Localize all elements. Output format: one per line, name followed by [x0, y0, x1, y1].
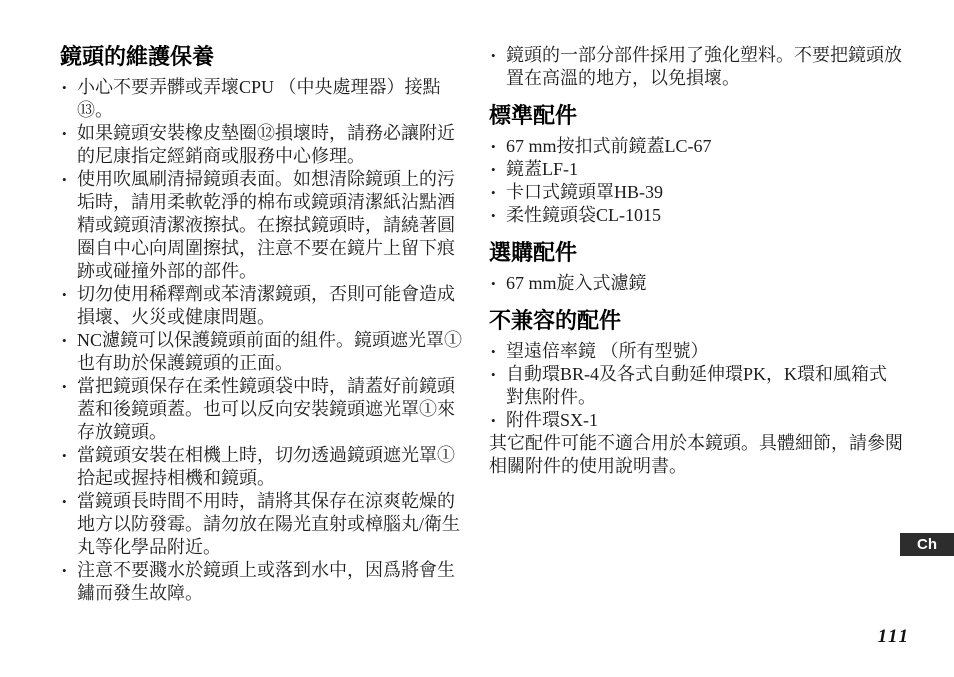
bullet-item: 當把鏡頭保存在柔性鏡頭袋中時，請蓋好前鏡頭蓋和後鏡頭蓋。也可以反向安裝鏡頭遮光罩…: [60, 375, 462, 444]
bullet-text: 如果鏡頭安裝橡皮墊圈⑫損壞時，請務必讓附近的尼康指定經銷商或服務中心修理。: [77, 122, 462, 168]
bullet-item: 鏡蓋LF-1: [489, 158, 903, 181]
heading-optional-accessories: 選購配件: [489, 240, 903, 266]
bullet-item: 如果鏡頭安裝橡皮墊圈⑫損壞時，請務必讓附近的尼康指定經銷商或服務中心修理。: [60, 122, 462, 168]
bullet-text: 當把鏡頭保存在柔性鏡頭袋中時，請蓋好前鏡頭蓋和後鏡頭蓋。也可以反向安裝鏡頭遮光罩…: [77, 375, 462, 444]
bullet-text: 小心不要弄髒或弄壞CPU （中央處理器）接點⑬。: [77, 76, 462, 122]
bullet-text: 注意不要濺水於鏡頭上或落到水中，因爲將會生鏽而發生故障。: [77, 559, 462, 605]
bullet-item: 柔性鏡頭袋CL-1015: [489, 204, 903, 227]
bullet-item: 當鏡頭安裝在相機上時，切勿透過鏡頭遮光罩①拾起或握持相機和鏡頭。: [60, 444, 462, 490]
bullet-item: NC濾鏡可以保護鏡頭前面的組件。鏡頭遮光罩①也有助於保護鏡頭的正面。: [60, 329, 462, 375]
bullet-text: 鏡頭的一部分部件採用了強化塑料。不要把鏡頭放置在高溫的地方，以免損壞。: [506, 44, 903, 90]
bullet-item: 望遠倍率鏡 （所有型號）: [489, 340, 903, 363]
heading-lens-maintenance: 鏡頭的維護保養: [60, 44, 462, 70]
bullet-item: 使用吹風刷清掃鏡頭表面。如想清除鏡頭上的污垢時，請用柔軟乾淨的棉布或鏡頭清潔紙沾…: [60, 168, 462, 283]
manual-page: 鏡頭的維護保養 小心不要弄髒或弄壞CPU （中央處理器）接點⑬。 如果鏡頭安裝橡…: [0, 0, 954, 677]
bullet-text: 望遠倍率鏡 （所有型號）: [506, 340, 709, 363]
right-column: 鏡頭的一部分部件採用了強化塑料。不要把鏡頭放置在高溫的地方，以免損壞。 標準配件…: [489, 44, 903, 478]
bullet-item: 卡口式鏡頭罩HB-39: [489, 181, 903, 204]
bullet-text: NC濾鏡可以保護鏡頭前面的組件。鏡頭遮光罩①也有助於保護鏡頭的正面。: [77, 329, 462, 375]
bullet-item: 67 mm旋入式濾鏡: [489, 272, 903, 295]
bullet-item: 自動環BR-4及各式自動延伸環PK，K環和風箱式對焦附件。: [489, 363, 903, 409]
bullet-item: 當鏡頭長時間不用時，請將其保存在涼爽乾燥的地方以防發霉。請勿放在陽光直射或樟腦丸…: [60, 490, 462, 559]
bullet-item: 小心不要弄髒或弄壞CPU （中央處理器）接點⑬。: [60, 76, 462, 122]
bullet-item: 切勿使用稀釋劑或苯清潔鏡頭，否則可能會造成損壞、火災或健康問題。: [60, 283, 462, 329]
bullet-text: 自動環BR-4及各式自動延伸環PK，K環和風箱式對焦附件。: [506, 363, 903, 409]
incompatible-accessories-note: 其它配件可能不適合用於本鏡頭。具體細節，請參閱相關附件的使用說明書。: [489, 432, 903, 478]
page-number: 111: [878, 626, 910, 648]
left-column: 鏡頭的維護保養 小心不要弄髒或弄壞CPU （中央處理器）接點⑬。 如果鏡頭安裝橡…: [60, 44, 462, 605]
heading-incompatible-accessories: 不兼容的配件: [489, 308, 903, 334]
bullet-text: 柔性鏡頭袋CL-1015: [506, 204, 661, 227]
bullet-item: 67 mm按扣式前鏡蓋LC-67: [489, 135, 903, 158]
heading-standard-accessories: 標準配件: [489, 103, 903, 129]
bullet-item: 附件環SX-1: [489, 409, 903, 432]
bullet-text: 使用吹風刷清掃鏡頭表面。如想清除鏡頭上的污垢時，請用柔軟乾淨的棉布或鏡頭清潔紙沾…: [77, 168, 462, 283]
language-badge: Ch: [900, 533, 954, 556]
bullet-text: 當鏡頭長時間不用時，請將其保存在涼爽乾燥的地方以防發霉。請勿放在陽光直射或樟腦丸…: [77, 490, 462, 559]
bullet-item: 注意不要濺水於鏡頭上或落到水中，因爲將會生鏽而發生故障。: [60, 559, 462, 605]
bullet-item: 鏡頭的一部分部件採用了強化塑料。不要把鏡頭放置在高溫的地方，以免損壞。: [489, 44, 903, 90]
bullet-text: 67 mm按扣式前鏡蓋LC-67: [506, 135, 712, 158]
bullet-text: 卡口式鏡頭罩HB-39: [506, 181, 663, 204]
bullet-text: 切勿使用稀釋劑或苯清潔鏡頭，否則可能會造成損壞、火災或健康問題。: [77, 283, 462, 329]
bullet-text: 當鏡頭安裝在相機上時，切勿透過鏡頭遮光罩①拾起或握持相機和鏡頭。: [77, 444, 462, 490]
bullet-text: 附件環SX-1: [506, 409, 598, 432]
bullet-text: 67 mm旋入式濾鏡: [506, 272, 647, 295]
bullet-text: 鏡蓋LF-1: [506, 158, 578, 181]
